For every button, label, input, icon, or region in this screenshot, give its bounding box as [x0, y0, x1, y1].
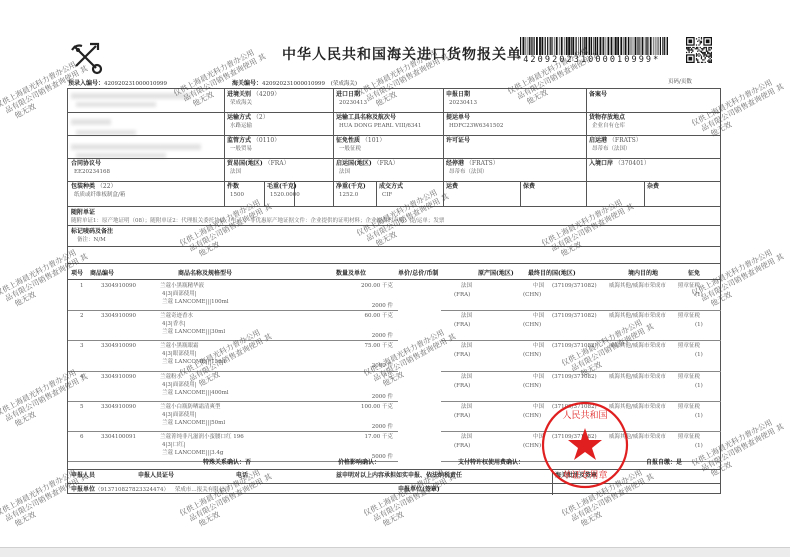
- grid-hline: [68, 263, 720, 264]
- field-value: 昂蒂布（法国）: [589, 145, 719, 153]
- declarant-label: 申报人员: [71, 472, 95, 480]
- field-21: 成交方式CIF: [379, 183, 419, 199]
- row-separator: [441, 340, 721, 341]
- goods-header-6: 最终目的国(地区): [528, 268, 576, 277]
- field-label: 许可证号: [446, 137, 576, 145]
- grid-vline: [644, 181, 645, 206]
- quantity-weight: 千克: [323, 373, 393, 382]
- levy-code: (1): [695, 412, 703, 421]
- product-brand: 兰蔻 LANCOME|||100ml: [162, 298, 229, 307]
- field-label: 征免性质 （101）: [336, 137, 436, 145]
- levy-method: 照章征税: [678, 433, 700, 442]
- origin-country: 法国: [461, 342, 472, 351]
- origin-code: (FRA): [454, 382, 470, 391]
- svg-text:单证专用章: 单证专用章: [562, 469, 607, 481]
- product-brand: 兰蔻 LANCOME|||3.4g: [162, 449, 223, 458]
- grid-hline: [68, 135, 720, 136]
- levy-method: 照章征税: [678, 373, 700, 382]
- field-value: CIF: [379, 191, 419, 199]
- svg-text:人民共和国: 人民共和国: [562, 409, 607, 421]
- destination-country: 中国: [533, 373, 544, 382]
- product-brand: 兰蔻 LANCOME|||50ml: [162, 419, 225, 428]
- customs-seal-stamp: 单证专用章 人民共和国: [540, 400, 630, 490]
- field-6: 提运单号HDFC23W6341502: [446, 114, 576, 130]
- field-label: 备案号: [589, 91, 719, 99]
- origin-country: 法国: [461, 433, 472, 442]
- item-no: 5: [80, 403, 84, 412]
- grid-hline: [68, 181, 720, 182]
- page-number-label: 页码/页数: [668, 77, 692, 85]
- document-title: 中华人民共和国海关进口货物报关单: [282, 44, 522, 64]
- domestic-destination: 威海其他/威海市荣成市: [609, 373, 674, 382]
- row-separator: [441, 371, 721, 372]
- domestic-destination: 威海其他/威海市荣成市: [609, 312, 674, 321]
- hs-code: 3304910090: [101, 282, 136, 291]
- customs-office: (荣成海关): [331, 81, 357, 87]
- phone-label: 电话: [236, 472, 248, 480]
- special-relation-confirm: 特殊关系确认：否: [203, 459, 251, 467]
- levy-method: 照章征税: [678, 282, 700, 291]
- grid-hline: [68, 246, 720, 247]
- hs-code: 3304910090: [101, 342, 136, 351]
- grid-vline: [443, 89, 444, 181]
- levy-code: (1): [695, 351, 703, 360]
- goods-header-line: [68, 279, 720, 280]
- field-10: 许可证号: [446, 137, 576, 145]
- field-label: 毛重(千克): [267, 183, 337, 191]
- redacted-consignee-line2: [76, 102, 156, 107]
- origin-code: (FRA): [454, 321, 470, 330]
- hs-code: 3304910090: [101, 403, 136, 412]
- goods-header-2: 商品名称及规格型号: [178, 268, 232, 277]
- grid-hline: [68, 206, 720, 207]
- item-no: 4: [80, 373, 84, 382]
- goods-header-1: 商品编号: [90, 268, 114, 277]
- goods-row: 23304910090兰蔻奇迹香水4|3|香水|兰蔻 LANCOME|||30m…: [68, 312, 720, 342]
- origin-country: 法国: [461, 312, 472, 321]
- item-no: 3: [80, 342, 84, 351]
- goods-row: 43304910090兰蔻粉水4|3|面部使用|兰蔻 LANCOME|||400…: [68, 373, 720, 403]
- attached-docs-value: 随附单证1：原产地证明（08）；随附单证2：代理报关委托协议（电子）；非优惠原产…: [71, 217, 711, 225]
- field-label: 入境口岸 （370401）: [589, 160, 719, 168]
- levy-code: (1): [695, 291, 703, 300]
- field-14: 启运国(地区) （FRA）法国: [336, 160, 436, 176]
- field-22: 运费: [446, 183, 516, 191]
- origin-code: (FRA): [454, 412, 470, 421]
- declaring-unit-code: （91371082782332447​4）: [95, 487, 169, 493]
- item-no: 2: [80, 312, 84, 321]
- field-label: 进境关别 （4209）: [227, 91, 327, 99]
- field-value: 昂蒂布（法国）: [446, 168, 576, 176]
- destination-code: (CHN): [523, 351, 541, 360]
- field-19: 毛重(千克)1520.0000: [267, 183, 337, 199]
- domestic-destination: 威海其他/威海市荣成市: [609, 342, 674, 351]
- field-label: 启运国(地区) （FRA）: [336, 160, 436, 168]
- field-label: 包装种类 （22）: [71, 183, 221, 191]
- field-18: 件数1500: [227, 183, 263, 199]
- levy-code: (1): [695, 321, 703, 330]
- domestic-dest-code: (37109/371082): [552, 282, 597, 291]
- field-value: HDFC23W6341502: [446, 122, 576, 130]
- origin-code: (FRA): [454, 442, 470, 451]
- field-20: 净重(千克)1252.0: [336, 183, 376, 199]
- field-value: 一般征税: [336, 145, 436, 153]
- origin-country: 法国: [461, 403, 472, 412]
- destination-code: (CHN): [523, 382, 541, 391]
- destination-country: 中国: [533, 282, 544, 291]
- grid-hline: [68, 112, 720, 113]
- levy-method: 照章征税: [678, 312, 700, 321]
- customs-emblem-icon: [68, 40, 104, 76]
- field-label: 件数: [227, 183, 263, 191]
- item-no: 6: [80, 433, 84, 442]
- grid-vline: [333, 89, 334, 181]
- field-label: 运费: [446, 183, 516, 191]
- field-value: 1500: [227, 191, 263, 199]
- field-label: 运输方式 （2）: [227, 114, 327, 122]
- goods-header-5: 原产国(地区): [478, 268, 514, 277]
- field-value: 企业自有仓库: [589, 122, 719, 130]
- field-label: 监管方式 （0110）: [227, 137, 327, 145]
- grid-vline: [376, 181, 377, 206]
- row-separator: [68, 310, 398, 311]
- product-brand: 兰蔻 LANCOME|||30ml: [162, 328, 225, 337]
- quantity-weight: 60.00 千克: [323, 312, 393, 321]
- self-report-confirm: 自报自缴：是: [646, 459, 682, 467]
- domestic-dest-code: (37109/371082): [552, 373, 597, 382]
- field-1: 进口日期20230413: [336, 91, 436, 107]
- redacted-consumer: [71, 144, 201, 150]
- goods-row: 33304910090兰蔻小黑瓶眼霜4|3|眼部使用|兰蔻 LANCOME|||…: [68, 342, 720, 372]
- field-8: 监管方式 （0110）一般贸易: [227, 137, 327, 153]
- goods-header-7: 境内目的地: [628, 268, 658, 277]
- product-brand: 兰蔻 LANCOME|||400ml: [162, 389, 229, 398]
- field-value: 纸质或纤维板制盒/箱: [71, 191, 221, 199]
- field-5: 运输工具名称及航次号HUA DONG PEARL VIII/6341: [336, 114, 446, 130]
- statement: 兹申明对以上内容承担如实申报、依法纳税责任: [336, 472, 462, 480]
- destination-code: (CHN): [523, 291, 541, 300]
- field-value: 20230413: [446, 99, 576, 107]
- marks-label: 标记唛码及备注: [71, 228, 371, 236]
- field-16: 入境口岸 （370401）: [589, 160, 719, 168]
- marks-value: 备注：N/M: [71, 236, 371, 244]
- domestic-destination: 威海其他/威海市荣成市: [609, 282, 674, 291]
- levy-method: 照章征税: [678, 403, 700, 412]
- declaring-unit-sign: 申报单位(签章): [398, 486, 440, 494]
- field-value: EE20234168: [71, 168, 221, 176]
- pre-entry-number: 预录入编号：420920231000010999: [68, 78, 167, 87]
- field-value: 1252.0: [336, 191, 376, 199]
- declaring-unit: 申报单位（91371082782332447​4） 荣成市…报关有限公司: [71, 486, 230, 494]
- royalty-confirm: 支付特许权使用费确认：: [458, 459, 524, 467]
- field-24: 杂费: [647, 183, 717, 191]
- grid-hline: [68, 158, 720, 159]
- field-23: 保费: [523, 183, 593, 191]
- destination-code: (CHN): [523, 442, 541, 451]
- field-label: 进口日期: [336, 91, 436, 99]
- declaring-unit-name: 荣成市…报关有限公司: [175, 487, 230, 493]
- hs-code: 3304100091: [101, 433, 136, 442]
- field-9: 征免性质 （101）一般征税: [336, 137, 436, 153]
- field-12: 合同协议号EE20234168: [71, 160, 221, 176]
- field-3: 备案号: [589, 91, 719, 99]
- levy-code: (1): [695, 382, 703, 391]
- goods-header-0: 项号: [71, 268, 83, 277]
- field-label: 提运单号: [446, 114, 576, 122]
- marks-remarks: 标记唛码及备注 备注：N/M: [71, 228, 371, 244]
- quantity-weight: 17.00 千克: [323, 433, 393, 442]
- origin-code: (FRA): [454, 351, 470, 360]
- field-0: 进境关别 （4209）荣成海关: [227, 91, 327, 107]
- field-4: 运输方式 （2）水路运输: [227, 114, 327, 130]
- field-value: 法国: [336, 168, 436, 176]
- attached-docs: 随附单证 随附单证1：原产地证明（08）；随附单证2：代理报关委托协议（电子）；…: [71, 209, 711, 225]
- declaring-unit-label: 申报单位: [71, 486, 95, 493]
- grid-vline: [264, 181, 265, 206]
- row-separator: [441, 310, 721, 311]
- field-label: 启运港 （FRATS）: [589, 137, 719, 145]
- field-value: HUA DONG PEARL VIII/6341: [336, 122, 446, 130]
- domestic-dest-code: (37109/371082): [552, 312, 597, 321]
- destination-code: (CHN): [523, 321, 541, 330]
- goods-row: 13304910090兰蔻小黑瓶精华液4|3|面部使用|兰蔻 LANCOME||…: [68, 282, 720, 312]
- row-separator: [68, 340, 398, 341]
- origin-code: (FRA): [454, 291, 470, 300]
- field-label: 净重(千克): [336, 183, 376, 191]
- viewer-bottom-bar: [0, 547, 790, 557]
- declarant-id-label: 申报人员证号: [138, 472, 174, 480]
- quantity-weight: 75.00 千克: [323, 342, 393, 351]
- field-value: 水路运输: [227, 122, 327, 130]
- field-13: 贸易国(地区) （FRA）法国: [227, 160, 327, 176]
- hs-code: 3304910090: [101, 312, 136, 321]
- goods-header-4: 单价/总价/币制: [398, 268, 438, 277]
- product-brand: 兰蔻 LANCOME|||15ml: [162, 358, 225, 367]
- row-separator: [68, 401, 398, 402]
- destination-code: (CHN): [523, 412, 541, 421]
- field-label: 运输工具名称及航次号: [336, 114, 446, 122]
- qr-code: [686, 37, 712, 63]
- field-value: 荣成海关: [227, 99, 327, 107]
- field-label: 合同协议号: [71, 160, 221, 168]
- pre-entry-value: 420920231000010999: [104, 81, 167, 87]
- customs-declaration-page: 中华人民共和国海关进口货物报关单 *420920231000010999* 页码…: [0, 0, 790, 547]
- barcode-text: *420920231000010999*: [516, 55, 660, 65]
- customs-number: 海关编号：420920231000010999 (荣成海关): [232, 78, 357, 87]
- field-label: 保费: [523, 183, 593, 191]
- grid-vline: [224, 181, 225, 206]
- grid-vline: [224, 89, 225, 181]
- field-value: 1520.0000: [267, 191, 337, 199]
- item-no: 1: [80, 282, 84, 291]
- field-label: 成交方式: [379, 183, 419, 191]
- redacted-consignee: [71, 93, 191, 99]
- field-label: 贸易国(地区) （FRA）: [227, 160, 327, 168]
- quantity-weight: 100.00 千克: [323, 403, 393, 412]
- quantity-weight: 200.00 千克: [323, 282, 393, 291]
- redacted-consignor: [71, 119, 111, 125]
- pre-entry-label: 预录入编号：: [68, 80, 104, 87]
- attached-docs-label: 随附单证: [71, 209, 711, 217]
- barcode: [520, 37, 668, 55]
- destination-country: 中国: [533, 312, 544, 321]
- price-influence-confirm: 价格影响确认：: [338, 459, 380, 467]
- field-value: 20230413: [336, 99, 436, 107]
- origin-country: 法国: [461, 282, 472, 291]
- field-2: 申报日期20230413: [446, 91, 576, 107]
- grid-hline: [68, 225, 720, 226]
- grid-vline: [443, 181, 444, 206]
- goods-header-3: 数量及单位: [336, 268, 366, 277]
- field-17: 包装种类 （22）纸质或纤维板制盒/箱: [71, 183, 221, 199]
- hs-code: 3304910090: [101, 373, 136, 382]
- origin-country: 法国: [461, 373, 472, 382]
- customs-number-value: 420920231000010999: [262, 81, 325, 87]
- field-label: 经停港 （FRATS）: [446, 160, 576, 168]
- row-separator: [68, 371, 398, 372]
- customs-number-label: 海关编号：: [232, 80, 262, 87]
- goods-header-8: 征免: [688, 268, 700, 277]
- levy-code: (1): [695, 442, 703, 451]
- destination-country: 中国: [533, 342, 544, 351]
- field-7: 货物存放地点企业自有仓库: [589, 114, 719, 130]
- field-value: 一般贸易: [227, 145, 327, 153]
- grid-vline: [520, 181, 521, 206]
- domestic-dest-code: (37109/371082): [552, 342, 597, 351]
- row-separator: [68, 431, 398, 432]
- field-label: 申报日期: [446, 91, 576, 99]
- field-11: 启运港 （FRATS）昂蒂布（法国）: [589, 137, 719, 153]
- field-label: 杂费: [647, 183, 717, 191]
- field-value: 法国: [227, 168, 327, 176]
- field-label: 货物存放地点: [589, 114, 719, 122]
- levy-method: 照章征税: [678, 342, 700, 351]
- field-15: 经停港 （FRATS）昂蒂布（法国）: [446, 160, 576, 176]
